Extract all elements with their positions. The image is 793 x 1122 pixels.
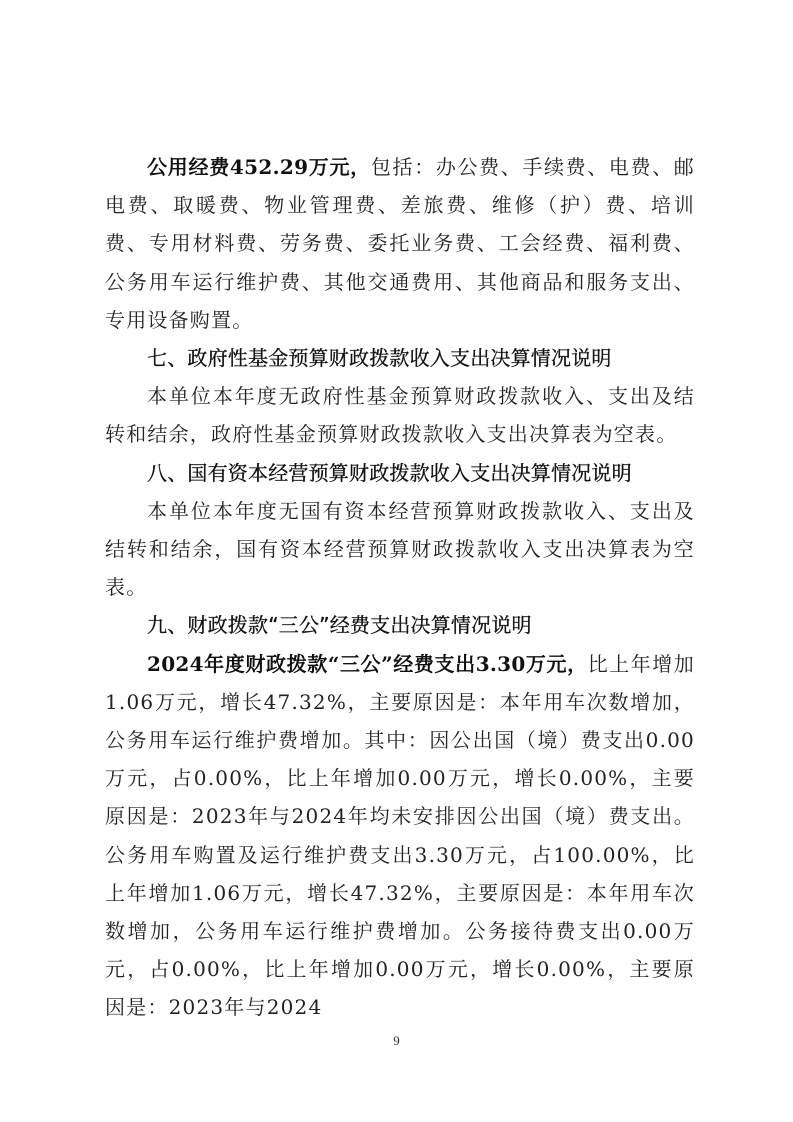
document-page: 公用经费452.29万元，包括：办公费、手续费、电费、邮电费、取暖费、物业管理费… (105, 148, 695, 1027)
paragraph-state-capital: 本单位本年度无国有资本经营预算财政拨款收入、支出及结转和结余，国有资本经营预算财… (105, 492, 695, 607)
paragraph-text: 本单位本年度无政府性基金预算财政拨款收入、支出及结转和结余，政府性基金预算财政拨… (105, 384, 695, 446)
paragraph-three-public-expenses: 2024年度财政拨款“三公”经费支出3.30万元，比上年增加1.06万元，增长4… (105, 645, 695, 1027)
paragraph-text: 本单位本年度无国有资本经营预算财政拨款收入、支出及结转和结余，国有资本经营预算财… (105, 499, 695, 599)
paragraph-government-fund: 本单位本年度无政府性基金预算财政拨款收入、支出及结转和结余，政府性基金预算财政拨… (105, 377, 695, 453)
paragraph-lead-bold: 2024年度财政拨款“三公”经费支出3.30万元， (147, 652, 588, 676)
page-number: 9 (0, 1033, 793, 1049)
paragraph-lead-bold: 公用经费452.29万元， (147, 155, 371, 179)
paragraph-text: 比上年增加1.06万元，增长47.32%，主要原因是：本年用车次数增加，公务用车… (105, 652, 695, 1020)
paragraph-public-expenses: 公用经费452.29万元，包括：办公费、手续费、电费、邮电费、取暖费、物业管理费… (105, 148, 695, 339)
paragraph-text: 包括：办公费、手续费、电费、邮电费、取暖费、物业管理费、差旅费、维修（护）费、培… (105, 155, 695, 332)
section-heading-7: 七、政府性基金预算财政拨款收入支出决算情况说明 (105, 339, 695, 377)
section-heading-9: 九、财政拨款“三公”经费支出决算情况说明 (105, 606, 695, 644)
section-heading-8: 八、国有资本经营预算财政拨款收入支出决算情况说明 (105, 454, 695, 492)
